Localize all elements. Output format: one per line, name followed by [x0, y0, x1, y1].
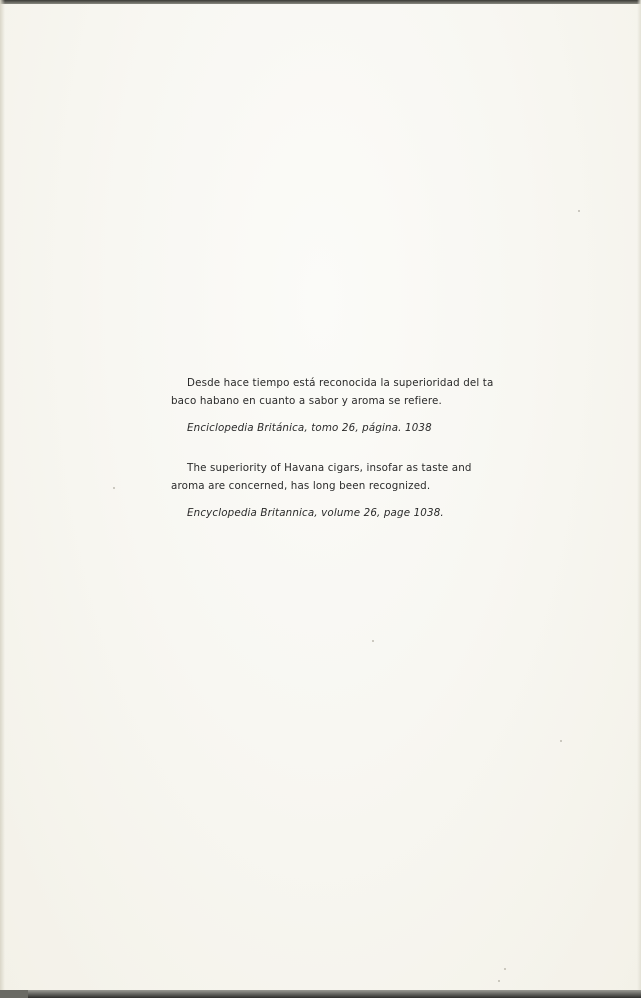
paper-speck: [113, 487, 115, 489]
page-left-shadow: [0, 0, 5, 998]
spanish-citation: Enciclopedia Británica, tomo 26, página.…: [171, 419, 496, 437]
paper-speck: [560, 740, 562, 742]
document-page: Desde hace tiempo está reconocida la sup…: [0, 0, 641, 998]
paper-speck: [504, 968, 506, 970]
english-quote: The superiority of Havana cigars, insofa…: [171, 459, 496, 495]
spanish-quote: Desde hace tiempo está reconocida la sup…: [171, 374, 496, 410]
paper-speck: [578, 210, 580, 212]
page-right-shadow: [637, 0, 641, 998]
quote-block: Desde hace tiempo está reconocida la sup…: [171, 374, 496, 522]
paper-speck: [498, 980, 500, 982]
paper-speck: [372, 640, 374, 642]
page-bottom-edge: [0, 990, 641, 998]
page-top-edge: [0, 0, 641, 4]
english-citation: Encyclopedia Britannica, volume 26, page…: [171, 504, 496, 522]
section-spacer: [171, 437, 496, 459]
